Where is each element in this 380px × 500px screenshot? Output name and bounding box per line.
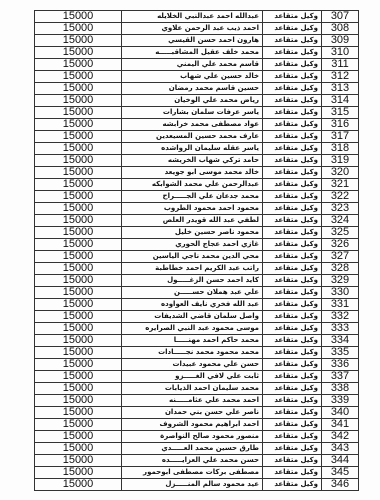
name-cell: طارق حسين محمد العـــــدي bbox=[122, 443, 263, 455]
name-cell: محمد سليمان احمد الذيابات bbox=[122, 383, 263, 395]
amount-cell: 15000 bbox=[35, 191, 122, 203]
name-cell: محمد حاكم احمد مهنـــــا bbox=[122, 335, 263, 347]
number-cell: 338 bbox=[322, 383, 359, 395]
name-cell: عارف محمد حسين المسيعدين bbox=[122, 131, 263, 143]
amount-cell: 15000 bbox=[35, 179, 122, 191]
number-cell: 332 bbox=[322, 311, 359, 323]
name-cell: ياسر عرفات سلمان بشارات bbox=[122, 107, 263, 119]
name-cell: محمد محمود محمد نجـــــادات bbox=[122, 347, 263, 359]
name-cell: موسى محمود عبد النبي الصرايره bbox=[122, 323, 263, 335]
number-cell: 326 bbox=[322, 239, 359, 251]
number-cell: 337 bbox=[322, 371, 359, 383]
number-cell: 329 bbox=[322, 275, 359, 287]
table-row: 15000عواد مصطفى محمد خرابشهوكيل متقاعد31… bbox=[35, 119, 359, 131]
role-cell: وكيل متقاعد bbox=[263, 227, 322, 239]
role-cell: وكيل متقاعد bbox=[263, 323, 322, 335]
role-cell: وكيل متقاعد bbox=[263, 167, 322, 179]
number-cell: 316 bbox=[322, 119, 359, 131]
name-cell: احمد محمد علي عثامـــــنه bbox=[122, 395, 263, 407]
amount-cell: 15000 bbox=[35, 227, 122, 239]
table-row: 15000محمود ناصر حسين خليلوكيل متقاعد325 bbox=[35, 227, 359, 239]
number-cell: 331 bbox=[322, 299, 359, 311]
number-cell: 342 bbox=[322, 431, 359, 443]
amount-cell: 15000 bbox=[35, 347, 122, 359]
name-cell: عبدالله احمد عبدالنبي الخلايله bbox=[122, 11, 263, 23]
table-row: 15000عبد الله فخري نايف العواودهوكيل متق… bbox=[35, 299, 359, 311]
number-cell: 315 bbox=[322, 107, 359, 119]
role-cell: وكيل متقاعد bbox=[263, 11, 322, 23]
table-row: 15000احمد ابراهيم محمود الشروفوكيل متقاع… bbox=[35, 419, 359, 431]
document-page: 15000عبدالله احمد عبدالنبي الخلايلهوكيل … bbox=[0, 0, 380, 500]
table-row: 15000عبدالرحمن علي محمد الشوابكهوكيل متق… bbox=[35, 179, 359, 191]
amount-cell: 15000 bbox=[35, 155, 122, 167]
role-cell: وكيل متقاعد bbox=[263, 239, 322, 251]
amount-cell: 15000 bbox=[35, 335, 122, 347]
amount-cell: 15000 bbox=[35, 59, 122, 71]
table-row: 15000محمد جدعان علي الجـــــراحوكيل متقا… bbox=[35, 191, 359, 203]
name-cell: حسين قاسم محمد رمضان bbox=[122, 83, 263, 95]
name-cell: عبدالرحمن علي محمد الشوابكه bbox=[122, 179, 263, 191]
amount-cell: 15000 bbox=[35, 479, 122, 491]
role-cell: وكيل متقاعد bbox=[263, 467, 322, 479]
amount-cell: 15000 bbox=[35, 287, 122, 299]
table-row: 15000محمود احمد محمود الطروبوكيل متقاعد3… bbox=[35, 203, 359, 215]
table-row: 15000محمد سليمان احمد الذياباتوكيل متقاع… bbox=[35, 383, 359, 395]
table-row: 15000راتب عبد الكريم احمد خطاطبةوكيل متق… bbox=[35, 263, 359, 275]
role-cell: وكيل متقاعد bbox=[263, 407, 322, 419]
name-cell: هارون احمد حسن القيسي bbox=[122, 35, 263, 47]
number-cell: 312 bbox=[322, 71, 359, 83]
name-cell: راتب عبد الكريم احمد خطاطبة bbox=[122, 263, 263, 275]
amount-cell: 15000 bbox=[35, 83, 122, 95]
table-row: 15000احمد محمد علي عثامـــــنهوكيل متقاع… bbox=[35, 395, 359, 407]
role-cell: وكيل متقاعد bbox=[263, 251, 322, 263]
number-cell: 323 bbox=[322, 203, 359, 215]
amount-cell: 15000 bbox=[35, 95, 122, 107]
role-cell: وكيل متقاعد bbox=[263, 275, 322, 287]
number-cell: 320 bbox=[322, 167, 359, 179]
table-row: 15000خالد حسين علي شهابوكيل متقاعد312 bbox=[35, 71, 359, 83]
amount-cell: 15000 bbox=[35, 431, 122, 443]
role-cell: وكيل متقاعد bbox=[263, 131, 322, 143]
name-cell: محمود ناصر حسين خليل bbox=[122, 227, 263, 239]
name-cell: منصور محمود صالح النواصرة bbox=[122, 431, 263, 443]
table-row: 15000ياسر عرفات سلمان بشاراتوكيل متقاعد3… bbox=[35, 107, 359, 119]
role-cell: وكيل متقاعد bbox=[263, 155, 322, 167]
name-cell: حسن محمد علي العزايـــــده bbox=[122, 455, 263, 467]
amount-cell: 15000 bbox=[35, 239, 122, 251]
amount-cell: 15000 bbox=[35, 203, 122, 215]
role-cell: وكيل متقاعد bbox=[263, 299, 322, 311]
amount-cell: 15000 bbox=[35, 119, 122, 131]
name-cell: واصل سلمان قاضي الشديفات bbox=[122, 311, 263, 323]
table-row: 15000حسن محمد علي العزايـــــدهوكيل متقا… bbox=[35, 455, 359, 467]
role-cell: وكيل متقاعد bbox=[263, 419, 322, 431]
number-cell: 314 bbox=[322, 95, 359, 107]
roster-table: 15000عبدالله احمد عبدالنبي الخلايلهوكيل … bbox=[34, 10, 359, 491]
number-cell: 344 bbox=[322, 455, 359, 467]
amount-cell: 15000 bbox=[35, 11, 122, 23]
number-cell: 336 bbox=[322, 359, 359, 371]
name-cell: غازي احمد عجاج الحوري bbox=[122, 239, 263, 251]
role-cell: وكيل متقاعد bbox=[263, 179, 322, 191]
role-cell: وكيل متقاعد bbox=[263, 347, 322, 359]
roster-table-body: 15000عبدالله احمد عبدالنبي الخلايلهوكيل … bbox=[35, 11, 359, 491]
role-cell: وكيل متقاعد bbox=[263, 191, 322, 203]
number-cell: 339 bbox=[322, 395, 359, 407]
table-row: 15000هارون احمد حسن القيسيوكيل متقاعد309 bbox=[35, 35, 359, 47]
role-cell: وكيل متقاعد bbox=[263, 143, 322, 155]
amount-cell: 15000 bbox=[35, 407, 122, 419]
role-cell: وكيل متقاعد bbox=[263, 35, 322, 47]
number-cell: 341 bbox=[322, 419, 359, 431]
table-row: 15000محمد خلف عقيل المشاقبـــــهوكيل متق… bbox=[35, 47, 359, 59]
number-cell: 319 bbox=[322, 155, 359, 167]
role-cell: وكيل متقاعد bbox=[263, 359, 322, 371]
number-cell: 334 bbox=[322, 335, 359, 347]
role-cell: وكيل متقاعد bbox=[263, 443, 322, 455]
table-row: 15000رياض محمد علي الوخيانوكيل متقاعد314 bbox=[35, 95, 359, 107]
table-row: 15000حسن علي محمود عبيداتوكيل متقاعد336 bbox=[35, 359, 359, 371]
amount-cell: 15000 bbox=[35, 371, 122, 383]
name-cell: علي عبد هملان حســـــن bbox=[122, 287, 263, 299]
amount-cell: 15000 bbox=[35, 131, 122, 143]
role-cell: وكيل متقاعد bbox=[263, 455, 322, 467]
role-cell: وكيل متقاعد bbox=[263, 107, 322, 119]
table-row: 15000طارق حسين محمد العـــــديوكيل متقاع… bbox=[35, 443, 359, 455]
amount-cell: 15000 bbox=[35, 419, 122, 431]
name-cell: قاسم محمد علي اليمني bbox=[122, 59, 263, 71]
role-cell: وكيل متقاعد bbox=[263, 383, 322, 395]
number-cell: 328 bbox=[322, 263, 359, 275]
amount-cell: 15000 bbox=[35, 395, 122, 407]
number-cell: 307 bbox=[322, 11, 359, 23]
table-row: 15000كايد احمد حسن الزغـــــولوكيل متقاع… bbox=[35, 275, 359, 287]
name-cell: مصطفى بركات مصطفى ابوحمور bbox=[122, 467, 263, 479]
amount-cell: 15000 bbox=[35, 443, 122, 455]
table-row: 15000لطفي عبد الله قويدر العلصوكيل متقاع… bbox=[35, 215, 359, 227]
table-row: 15000عبدالله احمد عبدالنبي الخلايلهوكيل … bbox=[35, 11, 359, 23]
name-cell: محمود احمد محمود الطروب bbox=[122, 203, 263, 215]
number-cell: 317 bbox=[322, 131, 359, 143]
table-row: 15000محمد محمود محمد نجـــــاداتوكيل متق… bbox=[35, 347, 359, 359]
amount-cell: 15000 bbox=[35, 299, 122, 311]
amount-cell: 15000 bbox=[35, 359, 122, 371]
table-row: 15000غازي احمد عجاج الحوريوكيل متقاعد326 bbox=[35, 239, 359, 251]
name-cell: محي الدين محمد ناجي الياسين bbox=[122, 251, 263, 263]
number-cell: 333 bbox=[322, 323, 359, 335]
name-cell: محمد خلف عقيل المشاقبـــــه bbox=[122, 47, 263, 59]
amount-cell: 15000 bbox=[35, 251, 122, 263]
name-cell: ناصر علي حسن بني حمدان bbox=[122, 407, 263, 419]
table-row: 15000محمد حاكم احمد مهنـــــاوكيل متقاعد… bbox=[35, 335, 359, 347]
role-cell: وكيل متقاعد bbox=[263, 479, 322, 491]
number-cell: 318 bbox=[322, 143, 359, 155]
number-cell: 325 bbox=[322, 227, 359, 239]
number-cell: 345 bbox=[322, 467, 359, 479]
role-cell: وكيل متقاعد bbox=[263, 311, 322, 323]
number-cell: 340 bbox=[322, 407, 359, 419]
number-cell: 327 bbox=[322, 251, 359, 263]
number-cell: 322 bbox=[322, 191, 359, 203]
number-cell: 309 bbox=[322, 35, 359, 47]
name-cell: ياسر عقله سليمان الرواشده bbox=[122, 143, 263, 155]
number-cell: 310 bbox=[322, 47, 359, 59]
table-row: 15000منصور محمود صالح النواصرةوكيل متقاع… bbox=[35, 431, 359, 443]
amount-cell: 15000 bbox=[35, 383, 122, 395]
role-cell: وكيل متقاعد bbox=[263, 95, 322, 107]
role-cell: وكيل متقاعد bbox=[263, 203, 322, 215]
role-cell: وكيل متقاعد bbox=[263, 215, 322, 227]
table-row: 15000خالد محمد موسى ابو جويعدوكيل متقاعد… bbox=[35, 167, 359, 179]
number-cell: 330 bbox=[322, 287, 359, 299]
table-row: 15000علي عبد هملان حســـــنوكيل متقاعد33… bbox=[35, 287, 359, 299]
number-cell: 343 bbox=[322, 443, 359, 455]
amount-cell: 15000 bbox=[35, 23, 122, 35]
number-cell: 321 bbox=[322, 179, 359, 191]
role-cell: وكيل متقاعد bbox=[263, 83, 322, 95]
table-row: 15000حامد تركي شهاب الخريشهوكيل متقاعد31… bbox=[35, 155, 359, 167]
name-cell: احمد ذيب عبد الرحمن علاوي bbox=[122, 23, 263, 35]
amount-cell: 15000 bbox=[35, 467, 122, 479]
amount-cell: 15000 bbox=[35, 215, 122, 227]
table-row: 15000عارف محمد حسين المسيعدينوكيل متقاعد… bbox=[35, 131, 359, 143]
name-cell: حامد تركي شهاب الخريشه bbox=[122, 155, 263, 167]
name-cell: عيد محمود سالم المنـــــزل bbox=[122, 479, 263, 491]
table-row: 15000موسى محمود عبد النبي الصرايرهوكيل م… bbox=[35, 323, 359, 335]
name-cell: حسن علي محمود عبيدات bbox=[122, 359, 263, 371]
table-row: 15000احمد ذيب عبد الرحمن علاويوكيل متقاع… bbox=[35, 23, 359, 35]
name-cell: عواد مصطفى محمد خرابشه bbox=[122, 119, 263, 131]
table-row: 15000مصطفى بركات مصطفى ابوحموروكيل متقاع… bbox=[35, 467, 359, 479]
table-row: 15000ناصر علي حسن بني حمدانوكيل متقاعد34… bbox=[35, 407, 359, 419]
name-cell: كايد احمد حسن الزغـــــول bbox=[122, 275, 263, 287]
table-row: 15000واصل سلمان قاضي الشديفاتوكيل متقاعد… bbox=[35, 311, 359, 323]
amount-cell: 15000 bbox=[35, 107, 122, 119]
table-row: 15000محي الدين محمد ناجي الياسينوكيل متق… bbox=[35, 251, 359, 263]
name-cell: خالد محمد موسى ابو جويعد bbox=[122, 167, 263, 179]
amount-cell: 15000 bbox=[35, 35, 122, 47]
amount-cell: 15000 bbox=[35, 143, 122, 155]
name-cell: ثابت علي لافي الغـــــزو bbox=[122, 371, 263, 383]
amount-cell: 15000 bbox=[35, 263, 122, 275]
table-row: 15000عيد محمود سالم المنـــــزلوكيل متقا… bbox=[35, 479, 359, 491]
role-cell: وكيل متقاعد bbox=[263, 335, 322, 347]
amount-cell: 15000 bbox=[35, 71, 122, 83]
amount-cell: 15000 bbox=[35, 311, 122, 323]
table-row: 15000ياسر عقله سليمان الرواشدهوكيل متقاع… bbox=[35, 143, 359, 155]
amount-cell: 15000 bbox=[35, 47, 122, 59]
number-cell: 335 bbox=[322, 347, 359, 359]
amount-cell: 15000 bbox=[35, 455, 122, 467]
role-cell: وكيل متقاعد bbox=[263, 395, 322, 407]
role-cell: وكيل متقاعد bbox=[263, 59, 322, 71]
role-cell: وكيل متقاعد bbox=[263, 71, 322, 83]
role-cell: وكيل متقاعد bbox=[263, 431, 322, 443]
number-cell: 308 bbox=[322, 23, 359, 35]
name-cell: رياض محمد علي الوخيان bbox=[122, 95, 263, 107]
number-cell: 346 bbox=[322, 479, 359, 491]
amount-cell: 15000 bbox=[35, 275, 122, 287]
role-cell: وكيل متقاعد bbox=[263, 23, 322, 35]
number-cell: 313 bbox=[322, 83, 359, 95]
role-cell: وكيل متقاعد bbox=[263, 287, 322, 299]
table-row: 15000قاسم محمد علي اليمنيوكيل متقاعد311 bbox=[35, 59, 359, 71]
amount-cell: 15000 bbox=[35, 167, 122, 179]
role-cell: وكيل متقاعد bbox=[263, 263, 322, 275]
number-cell: 324 bbox=[322, 215, 359, 227]
name-cell: لطفي عبد الله قويدر العلص bbox=[122, 215, 263, 227]
name-cell: احمد ابراهيم محمود الشروف bbox=[122, 419, 263, 431]
name-cell: خالد حسين علي شهاب bbox=[122, 71, 263, 83]
table-row: 15000ثابت علي لافي الغـــــزووكيل متقاعد… bbox=[35, 371, 359, 383]
number-cell: 311 bbox=[322, 59, 359, 71]
role-cell: وكيل متقاعد bbox=[263, 47, 322, 59]
name-cell: عبد الله فخري نايف العواوده bbox=[122, 299, 263, 311]
amount-cell: 15000 bbox=[35, 323, 122, 335]
name-cell: محمد جدعان علي الجـــــراح bbox=[122, 191, 263, 203]
role-cell: وكيل متقاعد bbox=[263, 119, 322, 131]
role-cell: وكيل متقاعد bbox=[263, 371, 322, 383]
table-row: 15000حسين قاسم محمد رمضانوكيل متقاعد313 bbox=[35, 83, 359, 95]
